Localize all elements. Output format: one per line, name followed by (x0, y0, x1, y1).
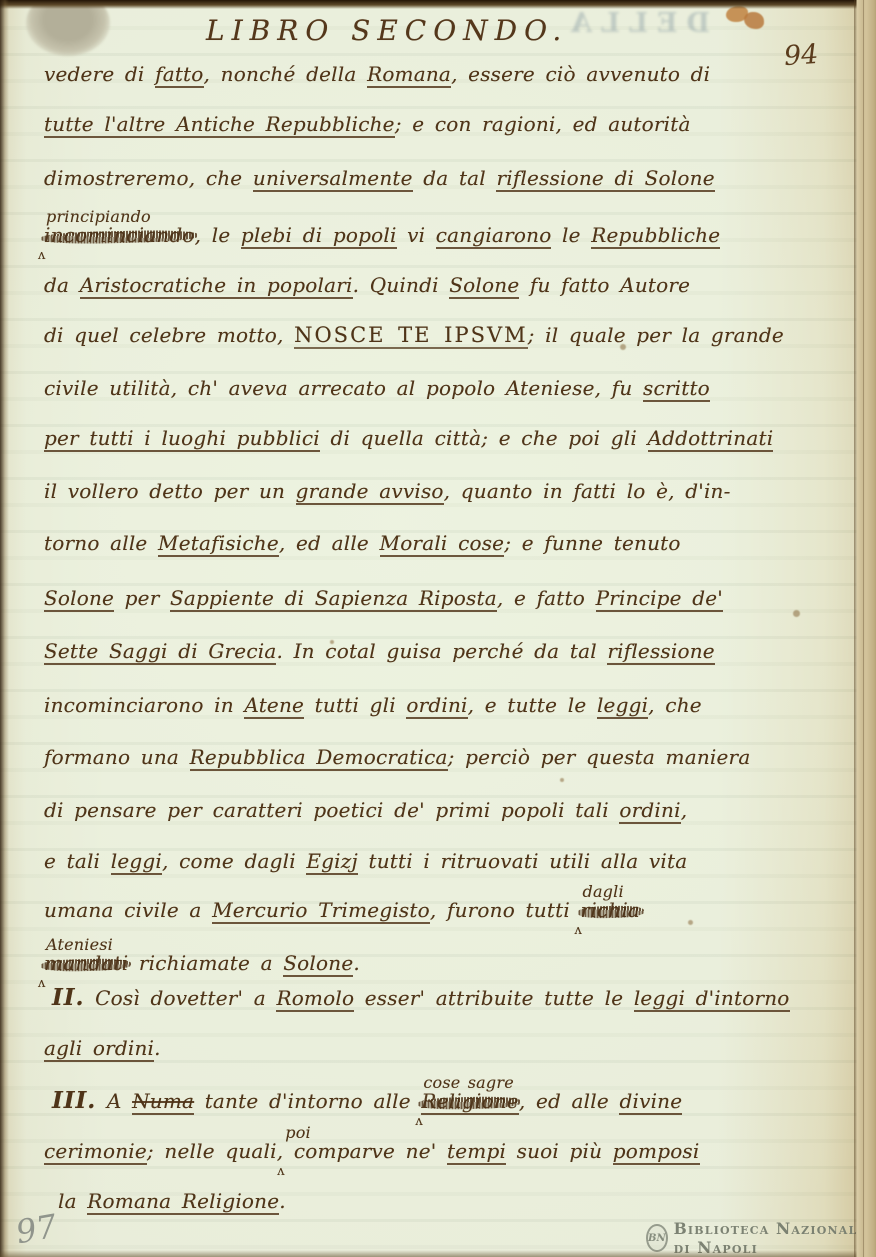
text-segment: Numa (132, 1089, 194, 1115)
text-segment: leggi d'intorno (634, 986, 790, 1012)
page-edge-top (0, 0, 876, 9)
text-segment: incominciarono in (44, 693, 244, 717)
page-edge-bottom (0, 1250, 876, 1257)
text-segment: Romolo (276, 986, 354, 1012)
text-segment: leggi (597, 693, 648, 719)
manuscript-line: II. Così dovetter' a Romolo esser' attri… (52, 984, 790, 1011)
text-segment: . (279, 1189, 286, 1213)
ink-speck (560, 778, 564, 782)
text-segment: ; il quale per la grande (528, 323, 784, 347)
text-segment: vedere di (44, 62, 155, 86)
manuscript-page-scan: DELLA LIBRO SECONDO. 94 vedere di fatto,… (0, 0, 876, 1257)
text-segment: , e tutte le (468, 693, 597, 717)
text-segment: universalmente (253, 166, 413, 192)
text-segment: le (551, 223, 591, 247)
library-logo-icon: BN (646, 1224, 668, 1252)
manuscript-line: agli ordini. (44, 1036, 161, 1060)
text-segment: Aristocratiche in popolari (80, 273, 353, 299)
text-segment: , come dagli (162, 849, 306, 873)
text-segment: Così dovetter' a (85, 986, 277, 1010)
text-segment: Solone (449, 273, 519, 299)
text-segment: Addottrinati (648, 426, 774, 452)
text-segment: di pensare per caratteri poetici de' pri… (44, 798, 619, 822)
text-segment: Atene (244, 693, 304, 719)
manuscript-line: incominciandoprincipiando, le plebi di p… (44, 223, 720, 247)
text-segment: ; perciò per questa maniera (448, 745, 751, 769)
text-segment: mandatiAteniesi (44, 951, 128, 975)
text-segment: , essere ciò avvenuto di (451, 62, 710, 86)
text-segment: riflessione di Solone (496, 166, 714, 192)
manuscript-line: il vollero detto per un grande avviso, q… (44, 479, 731, 503)
text-segment: e tali (44, 849, 111, 873)
text-segment: Romana (367, 62, 451, 88)
manuscript-line: mandatiAteniesi richiamate a Solone. (44, 951, 360, 975)
text-segment: tutti i ritruovati utili alla vita (358, 849, 687, 873)
text-segment: Sette Saggi di Grecia (44, 639, 276, 665)
manuscript-line: dimostreremo, che universalmente da tal … (44, 166, 715, 190)
text-segment: , nonché della (204, 62, 368, 86)
text-segment: . In cotal guisa perché da tal (276, 639, 607, 663)
text-segment: Metafisiche (158, 531, 279, 557)
text-segment: torno alle (44, 531, 158, 555)
text-segment: la (58, 1189, 87, 1213)
manuscript-line: torno alle Metafisiche, ed alle Morali c… (44, 531, 681, 555)
text-segment: ; nelle quali, (147, 1139, 283, 1163)
text-segment: Repubblica Democratica (190, 745, 448, 771)
text-segment: esser' attribuite tutte le (354, 986, 634, 1010)
manuscript-line: incominciarono in Atene tutti gli ordini… (44, 693, 702, 717)
text-segment: A (96, 1089, 132, 1113)
manuscript-line: la Romana Religione. (58, 1189, 286, 1213)
text-segment: per (114, 586, 170, 610)
manuscript-line: tutte l'altre Antiche Repubbliche; e con… (44, 112, 691, 136)
text-segment: civile utilità, ch' aveva arrecato al po… (44, 376, 643, 400)
text-segment: suoi più (506, 1139, 613, 1163)
text-segment: plebi di popoli (241, 223, 397, 249)
manuscript-line: e tali leggi, come dagli Egizj tutti i r… (44, 849, 687, 873)
text-segment: cerimonie (44, 1139, 147, 1165)
text-segment: Solone (283, 951, 353, 977)
text-segment: , e fatto (497, 586, 596, 610)
text-segment: . (154, 1036, 161, 1060)
ink-speck (620, 344, 626, 350)
manuscript-line: cerimonie; nelle quali, comparve ne' poi… (44, 1139, 700, 1163)
text-segment: tempi (447, 1139, 506, 1165)
text-segment: pomposi (613, 1139, 700, 1165)
interline-insertion: cose sagre (423, 1073, 513, 1092)
text-segment: scritto (643, 376, 710, 402)
text-segment: fatto (155, 62, 203, 88)
manuscript-line: da Aristocratiche in popolari. Quindi So… (44, 273, 690, 297)
text-segment: agli ordini (44, 1036, 154, 1062)
text-segment: Religionecose sagre (421, 1089, 518, 1115)
text-segment: leggi (111, 849, 162, 875)
text-segment: III. (52, 1087, 96, 1114)
text-segment: per tutti i luoghi pubblici (44, 426, 320, 452)
manuscript-line: per tutti i luoghi pubblici di quella ci… (44, 426, 773, 450)
text-segment: da (44, 273, 80, 297)
manuscript-line: civile utilità, ch' aveva arrecato al po… (44, 376, 710, 400)
interline-insertion: principiando (46, 207, 151, 226)
text-segment: comparve ne' poi (283, 1139, 447, 1163)
text-segment: NOSCE TE IPSVM (294, 323, 528, 349)
text-segment: di quel celebre motto, (44, 323, 294, 347)
text-segment: grande avviso (296, 479, 444, 505)
text-segment: richiamate a (128, 951, 283, 975)
manuscript-line: formano una Repubblica Democratica; perc… (44, 745, 750, 769)
text-segment: ordini (619, 798, 680, 824)
text-segment: , ed alle (519, 1089, 620, 1113)
text-segment: , quanto in fatti lo è, d'in- (444, 479, 731, 503)
page-edge-left (0, 0, 9, 1257)
ink-speck (793, 610, 800, 617)
folio-number-pencil: 97 (13, 1207, 60, 1251)
text-segment: tutte l'altre Antiche Repubbliche (44, 112, 395, 138)
page-title: LIBRO SECONDO. (206, 14, 568, 47)
text-segment: . (353, 951, 360, 975)
text-segment: cangiarono (436, 223, 552, 249)
orange-mark (744, 12, 764, 29)
text-segment: ; e funne tenuto (504, 531, 680, 555)
text-segment: Sappiente di Sapienza Riposta (170, 586, 497, 612)
text-segment: il vollero detto per un (44, 479, 296, 503)
text-segment: , ed alle (279, 531, 380, 555)
manuscript-line: di pensare per caratteri poetici de' pri… (44, 798, 687, 822)
text-segment: richiadagli (581, 898, 641, 922)
interline-insertion: poi (285, 1123, 311, 1142)
text-segment: Egizj (306, 849, 358, 875)
manuscript-line: Sette Saggi di Grecia. In cotal guisa pe… (44, 639, 715, 663)
text-segment: riflessione (607, 639, 714, 665)
text-segment: incominciandoprincipiando (44, 223, 195, 247)
text-segment: formano una (44, 745, 190, 769)
text-segment: Romana Religione (87, 1189, 279, 1215)
ink-speck (688, 920, 693, 925)
text-segment: , (681, 798, 688, 822)
text-segment: divine (619, 1089, 682, 1115)
manuscript-line: vedere di fatto, nonché della Romana, es… (44, 62, 710, 86)
manuscript-line: di quel celebre motto, NOSCE TE IPSVM; i… (44, 323, 784, 347)
text-segment: II. (52, 984, 85, 1011)
manuscript-line: Solone per Sappiente di Sapienza Riposta… (44, 586, 723, 610)
text-segment: Solone (44, 586, 114, 612)
text-segment: Mercurio Trimegisto (212, 898, 430, 924)
page-number: 94 (783, 39, 819, 72)
text-segment: tutti gli (304, 693, 406, 717)
text-segment: , le (195, 223, 241, 247)
text-segment: Repubbliche (591, 223, 720, 249)
interline-insertion: Ateniesi (46, 935, 113, 954)
text-segment: , furono tutti (430, 898, 581, 922)
text-segment: ; e con ragioni, ed autorità (395, 112, 691, 136)
interline-insertion: dagli (583, 882, 624, 901)
text-segment: vi (397, 223, 436, 247)
ink-speck (330, 640, 334, 644)
manuscript-line: III. A Numa tante d'intorno alle Religio… (52, 1087, 682, 1114)
text-segment: ordini (406, 693, 467, 719)
text-segment: umana civile a (44, 898, 212, 922)
text-segment: tante d'intorno alle (194, 1089, 421, 1113)
text-segment: , che (648, 693, 702, 717)
text-segment: fu fatto Autore (519, 273, 690, 297)
text-segment: . Quindi (353, 273, 450, 297)
text-segment: dimostreremo, che (44, 166, 253, 190)
text-segment: di quella città; e che poi gli (320, 426, 648, 450)
page-edge-right (854, 0, 876, 1257)
manuscript-line: umana civile a Mercurio Trimegisto, furo… (44, 898, 640, 922)
text-segment: Principe de' (596, 586, 723, 612)
text-segment: da tal (413, 166, 497, 190)
text-segment: Morali cose (380, 531, 505, 557)
